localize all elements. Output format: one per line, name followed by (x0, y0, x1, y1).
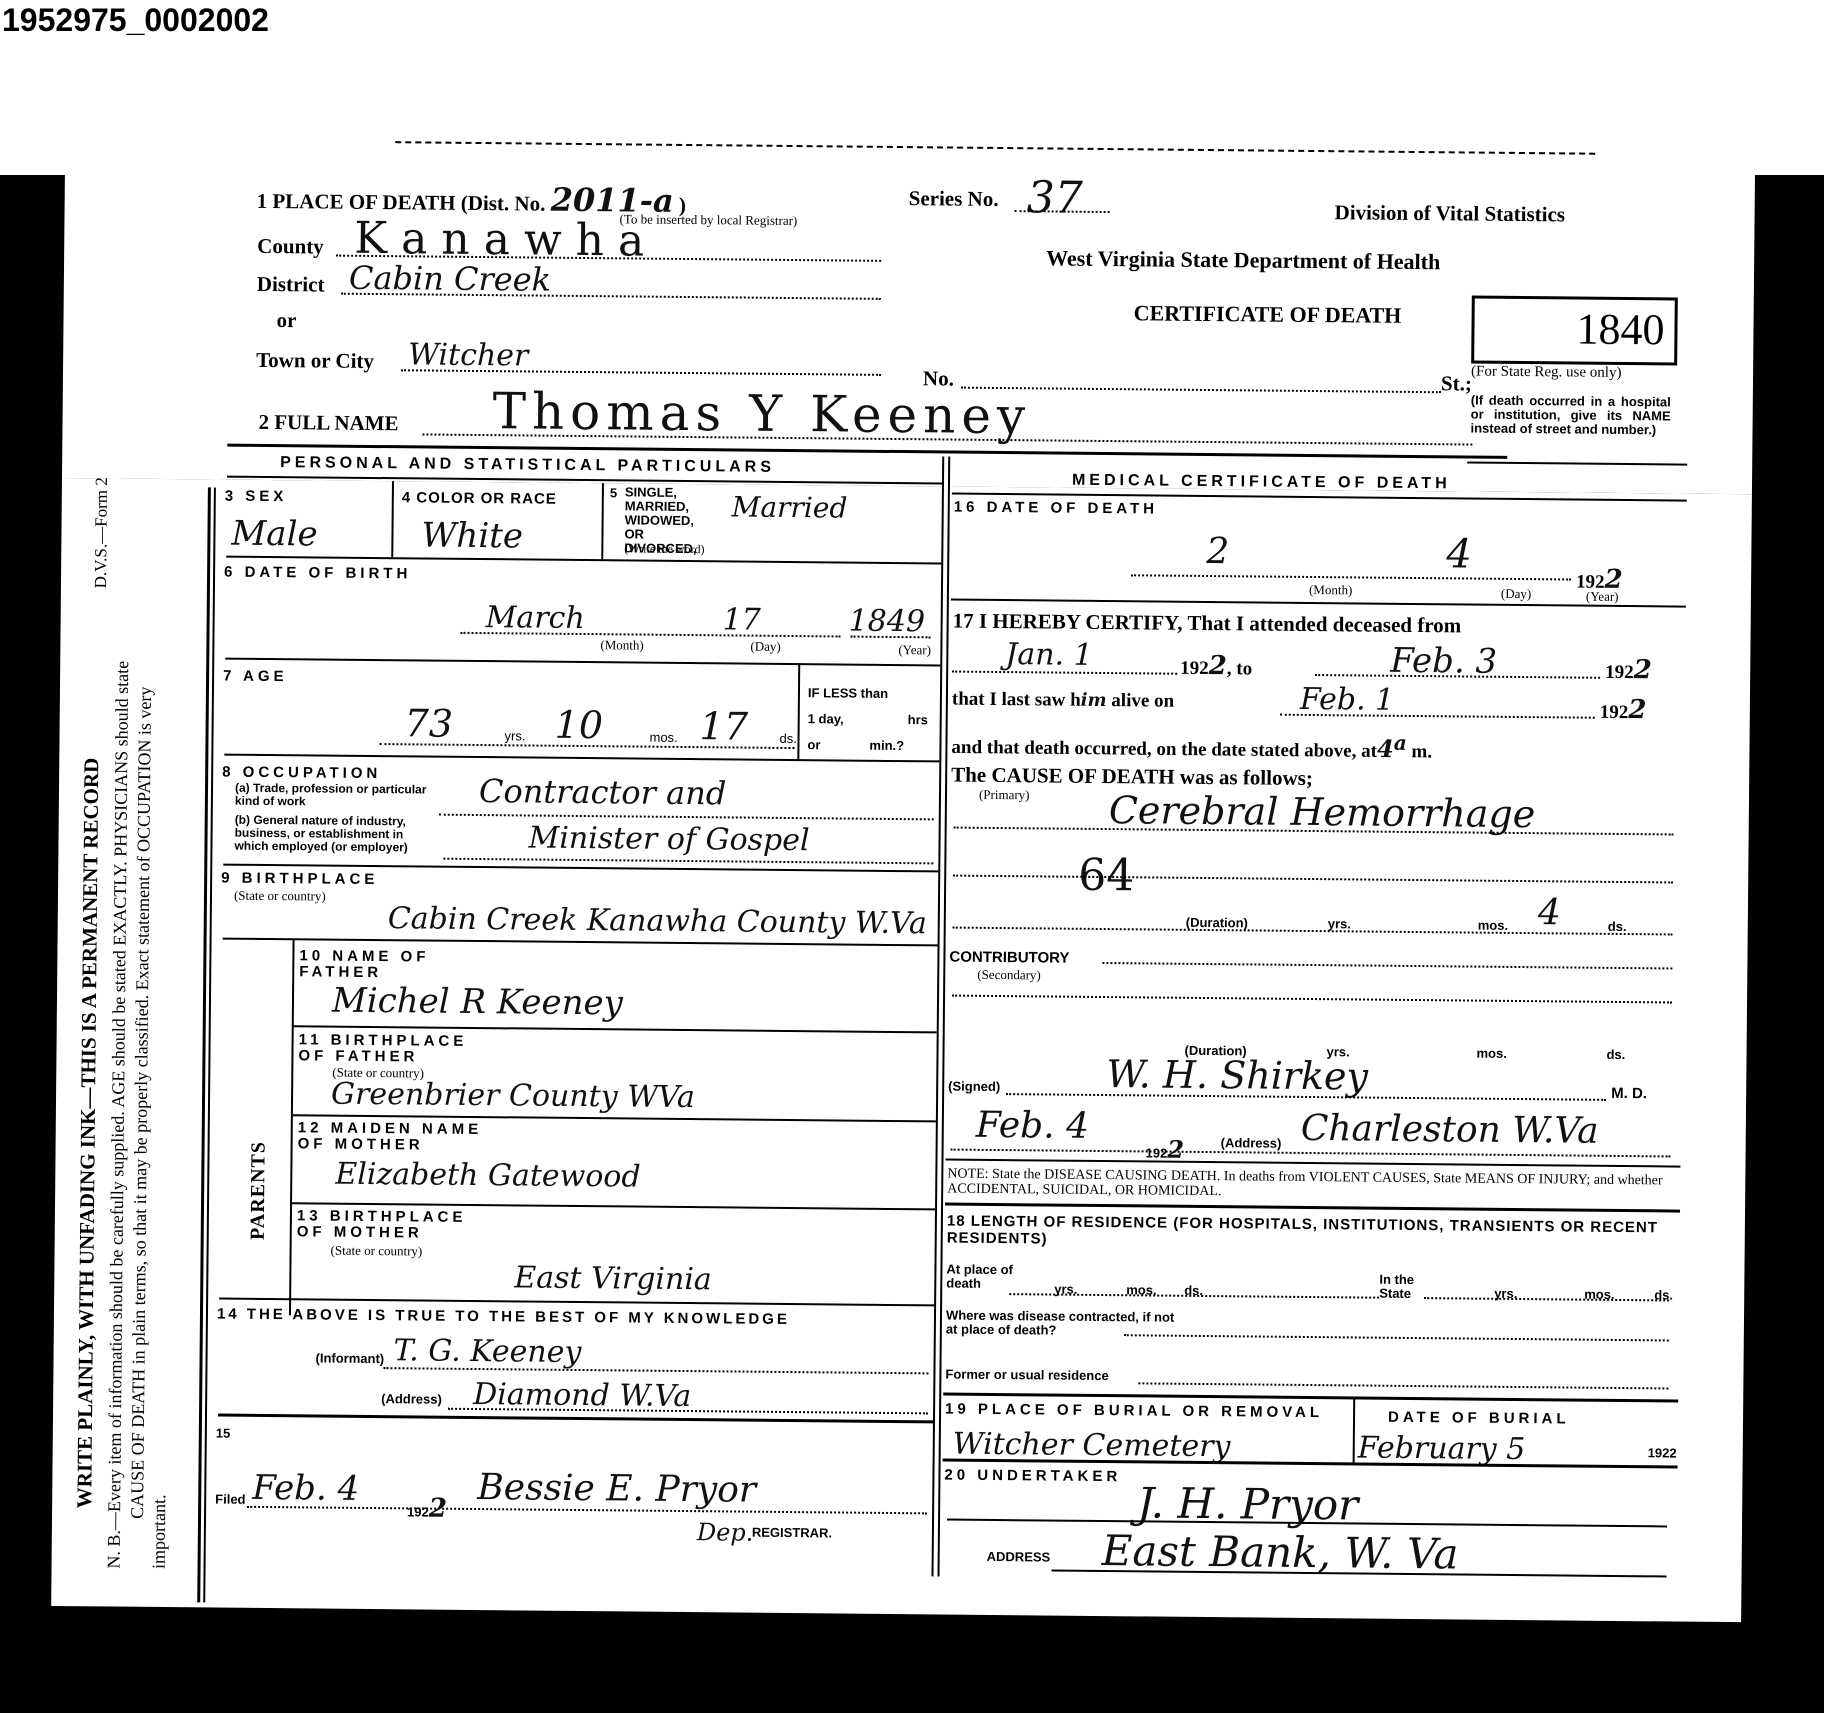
contributory-label: CONTRIBUTORY (949, 949, 1069, 967)
mother-birthplace-label: 13 BIRTHPLACE OF MOTHER (297, 1208, 467, 1242)
birthplace-value: Cabin Creek Kanawha County W.Va (388, 901, 927, 941)
burial-year: 1922 (1648, 1445, 1677, 1460)
certificate-number: 1840 (1474, 303, 1664, 356)
certificate-title: CERTIFICATE OF DEATH (1134, 300, 1402, 329)
day-hint: (Day) (750, 639, 780, 655)
form-id: D.V.S.—Form 2 (91, 477, 112, 588)
or-label: or (276, 308, 296, 333)
physician-signature: W. H. Shirkey (1106, 1052, 1368, 1099)
full-name-label: 2 FULL NAME (258, 410, 398, 436)
registrar-signature: Bessie E. Pryor (477, 1467, 756, 1511)
mother-birthplace-value: East Virginia (514, 1260, 712, 1297)
certify-line: 17 I HEREBY CERTIFY, That I attended dec… (953, 609, 1462, 639)
father-label: 10 NAME OF FATHER (299, 948, 449, 981)
personal-section-title: PERSONAL AND STATISTICAL PARTICULARS (280, 454, 775, 477)
age-label: 7 AGE (223, 668, 288, 686)
department-title: West Virginia State Department of Health (1046, 245, 1440, 275)
burial-label: 19 PLACE OF BURIAL OR REMOVAL (945, 1401, 1323, 1422)
birthplace-label: 9 BIRTHPLACE (221, 870, 378, 889)
district-label: District (257, 272, 325, 298)
dod-label: 16 DATE OF DEATH (954, 499, 1158, 518)
registrar-label: REGISTRAR. (752, 1525, 832, 1541)
informant-value: T. G. Keeney (393, 1333, 581, 1370)
dob-month: March (486, 600, 585, 636)
dob-year: 1849 (848, 604, 925, 640)
age-days: 17 (699, 704, 748, 748)
death-certificate: WRITE PLAINLY, WITH UNFADING INK—THIS IS… (51, 478, 1752, 1622)
mother-value: Elizabeth Gatewood (335, 1157, 641, 1195)
mother-label: 12 MAIDEN NAME OF MOTHER (298, 1120, 488, 1154)
father-value: Michel R Keeney (332, 981, 623, 1024)
series-label: Series No. (909, 186, 999, 212)
last-saw-date: Feb. 1 (1300, 682, 1395, 718)
nb-line-3: important. (149, 1494, 171, 1569)
burial-date: February 5 (1358, 1430, 1526, 1467)
hospital-note: (If death occurred in a hospital or inst… (1470, 394, 1670, 438)
age-months: 10 (554, 703, 603, 747)
marital-label-no: 5 (610, 485, 617, 500)
knowledge-label: 14 THE ABOVE IS TRUE TO THE BEST OF MY K… (217, 1306, 790, 1328)
occupation-a-hint: (a) Trade, profession or particular kind… (235, 782, 435, 810)
occupation-a-value: Contractor and (479, 772, 727, 812)
note-text: NOTE: State the DISEASE CAUSING DEATH. I… (947, 1167, 1667, 1204)
town-value: Witcher (408, 337, 529, 373)
certificate-number-box: 1840 (1471, 296, 1678, 366)
father-birthplace-label: 11 BIRTHPLACE OF FATHER (298, 1032, 468, 1066)
less-than-label: IF LESS than (808, 685, 888, 701)
physician-address: Charleston W.Va (1301, 1108, 1599, 1152)
signed-date: Feb. 4 (976, 1105, 1090, 1147)
medical-section-title: MEDICAL CERTIFICATE OF DEATH (1072, 472, 1451, 494)
dod-month: 2 (1206, 531, 1229, 572)
dod-day: 4 (1446, 531, 1472, 577)
sex-value: Male (231, 514, 317, 555)
street-label: St.; (1441, 371, 1472, 396)
series-no: 37 (1026, 172, 1082, 224)
parents-label: PARENTS (247, 1141, 271, 1240)
undertaker-label: 20 UNDERTAKER (944, 1467, 1121, 1486)
year-hint: (Year) (898, 642, 931, 658)
state-reg-note: (For State Reg. use only) (1471, 364, 1622, 382)
duration-days: 4 (1538, 892, 1561, 933)
father-birthplace-value: Greenbrier County WVa (331, 1077, 695, 1115)
occupation-b-hint: (b) General nature of industry, business… (234, 814, 439, 855)
month-hint: (Month) (600, 637, 643, 653)
attended-from: Jan. 1 (1005, 637, 1093, 673)
town-label: Town or City (256, 348, 374, 374)
occupation-label: 8 OCCUPATION (222, 764, 381, 783)
race-label: 4 COLOR OR RACE (402, 489, 557, 507)
county-label: County (257, 234, 324, 260)
burial-date-label: DATE OF BURIAL (1388, 1409, 1570, 1428)
marital-value: Married (732, 490, 848, 524)
residence-label: 18 LENGTH OF RESIDENCE (FOR HOSPITALS, I… (947, 1213, 1667, 1254)
image-id: 1952975_0002002 (2, 2, 269, 39)
dob-label: 6 DATE OF BIRTH (224, 564, 411, 583)
time-of-death: 4 (1377, 734, 1394, 763)
marital-hint: (Write the word) (624, 541, 704, 557)
occupation-b-value: Minister of Gospel (528, 820, 809, 858)
sex-label: 3 SEX (225, 488, 288, 506)
race-value: White (421, 515, 523, 556)
division-title: Division of Vital Statistics (1334, 200, 1565, 227)
filed-date: Feb. 4 (252, 1468, 359, 1509)
age-years: 73 (404, 701, 453, 745)
write-plainly-note: WRITE PLAINLY, WITH UNFADING INK—THIS IS… (72, 758, 104, 1509)
dob-day: 17 (723, 602, 762, 637)
